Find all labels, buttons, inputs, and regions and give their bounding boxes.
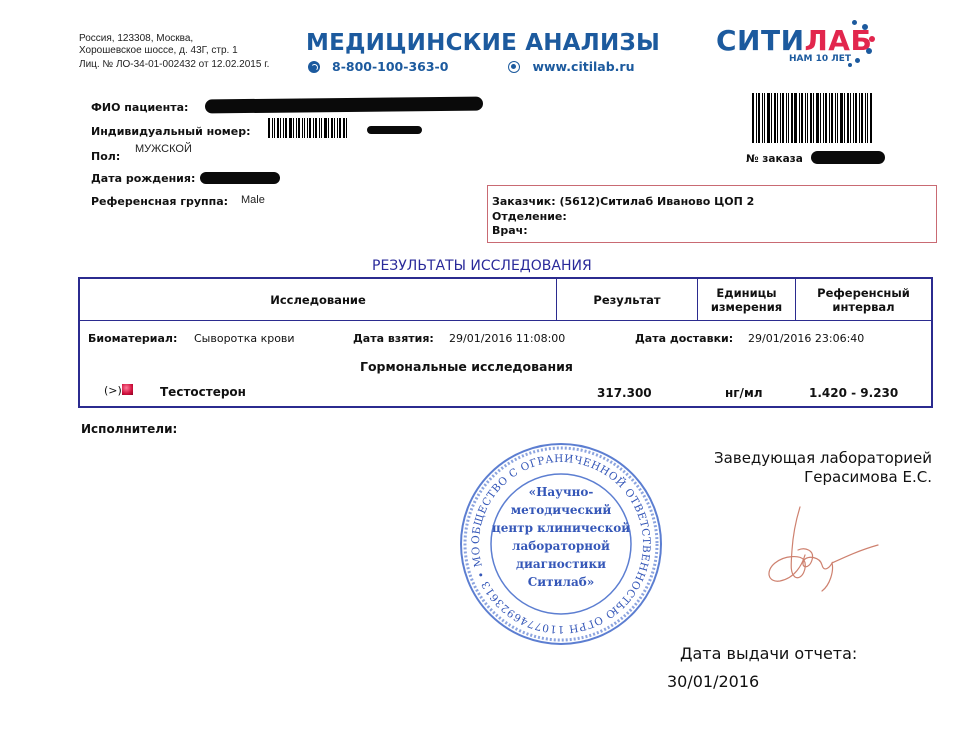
issue-date-label: Дата выдачи отчета: (680, 644, 857, 663)
globe-icon (508, 61, 520, 73)
lab-address: Россия, 123308, Москва, Хорошевское шосс… (79, 33, 269, 71)
high-flag-icon (122, 384, 133, 395)
logo-dot (866, 48, 872, 54)
results-table-header: Исследование Результат Единицы измерения… (80, 279, 931, 321)
license-line: Лиц. № ЛО-34-01-002432 от 12.02.2015 г. (79, 59, 269, 71)
logo-tagline: НАМ 10 ЛЕТ (789, 54, 851, 64)
header-title: МЕДИЦИНСКИЕ АНАЛИЗЫ (306, 30, 660, 56)
address-line: Россия, 123308, Москва, (79, 33, 269, 45)
svg-text:Ситилаб»: Ситилаб» (528, 575, 595, 589)
results-title: РЕЗУЛЬТАТЫ ИССЛЕДОВАНИЯ (372, 258, 592, 274)
reference-group-label: Референсная группа: (91, 195, 228, 208)
redacted-order-number (811, 151, 885, 164)
column-header-reference: Референсный интервал (795, 279, 931, 321)
svg-text:лабораторной: лабораторной (512, 539, 610, 553)
lab-stamp: ОБЩЕСТВО С ОГРАНИЧЕННОЙ ОТВЕТСТВЕННОСТЬЮ… (456, 442, 666, 647)
header-contacts: 8-800-100-363-0 www.citilab.ru (308, 59, 634, 74)
order-barcode (752, 93, 873, 143)
doctor: Врач: (492, 224, 936, 239)
logo-dot (852, 20, 857, 25)
test-units: нг/мл (725, 386, 763, 400)
lab-head-name: Герасимова Е.С. (676, 468, 932, 487)
logo-dot (855, 58, 860, 63)
stamp-center-text: «Научно-методическийцентр клиническойлаб… (492, 485, 630, 589)
delivery-date-value: 29/01/2016 23:06:40 (748, 332, 864, 345)
individual-number-label: Индивидуальный номер: (91, 125, 251, 138)
customer: Заказчик: (5612)Ситилаб Иваново ЦОП 2 (492, 195, 936, 210)
test-name: Тестостерон (160, 385, 246, 399)
test-reference-interval: 1.420 - 9.230 (809, 386, 898, 400)
sex-value: МУЖСКОЙ (135, 143, 192, 155)
issue-date: 30/01/2016 (667, 672, 759, 691)
delivery-date-label: Дата доставки: (635, 332, 733, 345)
column-header-units: Единицы измерения (697, 279, 795, 321)
lab-head-title: Заведующая лабораторией (676, 449, 932, 468)
patient-name-label: ФИО пациента: (91, 101, 188, 114)
lab-head: Заведующая лабораторией Герасимова Е.С. (676, 449, 932, 487)
svg-text:«Научно-: «Научно- (529, 485, 594, 499)
citilab-logo: СИТИЛАБ (716, 24, 872, 57)
performers-label: Исполнители: (81, 422, 177, 436)
sex-label: Пол: (91, 150, 120, 163)
taken-date-label: Дата взятия: (353, 332, 434, 345)
signature (760, 505, 890, 595)
phone-icon (308, 61, 320, 73)
website-link[interactable]: www.citilab.ru (532, 59, 634, 74)
section-title: Гормональные исследования (360, 359, 573, 374)
client-info-box: Заказчик: (5612)Ситилаб Иваново ЦОП 2 От… (487, 185, 937, 243)
redacted-patient-name (205, 97, 483, 114)
redacted-individual-number (367, 126, 422, 134)
logo-dot (848, 63, 852, 67)
test-result: 317.300 (597, 386, 652, 400)
taken-date-value: 29/01/2016 11:08:00 (449, 332, 565, 345)
phone-number: 8-800-100-363-0 (332, 59, 448, 74)
biomaterial-value: Сыворотка крови (194, 332, 295, 345)
svg-text:центр клинической: центр клинической (492, 521, 630, 535)
high-flag: (>) (104, 384, 122, 397)
logo-part-city: СИТИ (716, 24, 805, 57)
individual-number-barcode (268, 118, 349, 138)
department: Отделение: (492, 210, 936, 225)
svg-text:методический: методический (511, 503, 612, 517)
address-line: Хорошевское шоссе, д. 43Г, стр. 1 (79, 45, 269, 57)
logo-dot (869, 36, 875, 42)
reference-group-value: Male (241, 194, 265, 206)
column-header-test: Исследование (80, 279, 556, 321)
birth-date-label: Дата рождения: (91, 172, 195, 185)
results-table: Исследование Результат Единицы измерения… (78, 277, 933, 408)
logo-dot (862, 24, 868, 30)
svg-text:диагностики: диагностики (516, 557, 606, 571)
biomaterial-label: Биоматериал: (88, 332, 177, 345)
column-header-result: Результат (556, 279, 697, 321)
redacted-birth-date (200, 172, 280, 184)
order-number-label: № заказа (746, 153, 803, 165)
